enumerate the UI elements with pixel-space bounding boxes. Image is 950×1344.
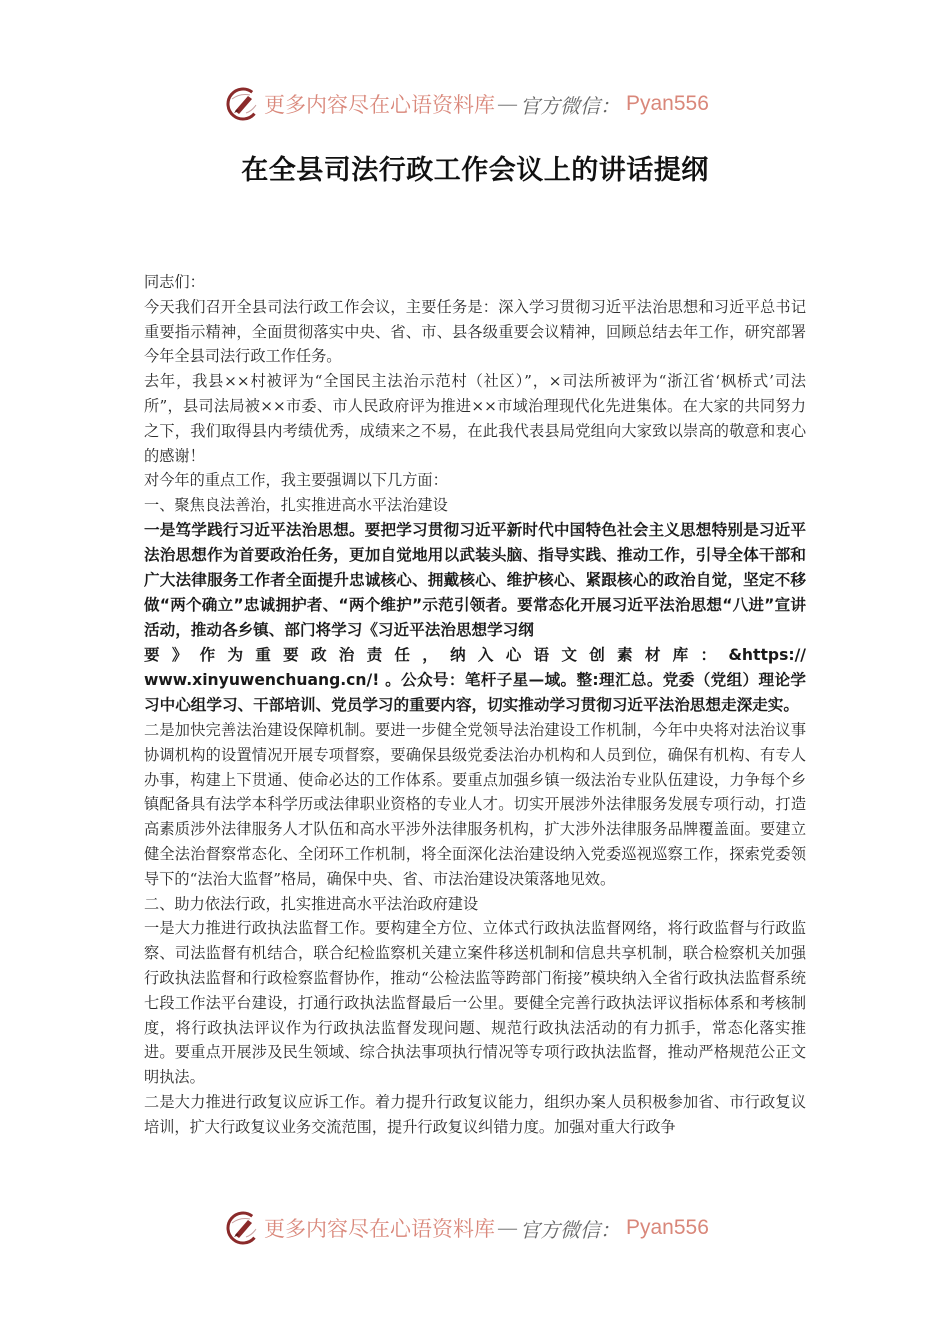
quill-pen-logo-icon [226,1211,260,1245]
wechat-id: Pyan556 [626,1216,709,1240]
paragraph-administrative-review: 二是大力推进行政复议应诉工作。着力提升行政复议能力，组织办案人员积极参加省、市行… [144,1090,806,1140]
section-heading-1: 一、聚焦良法善治，扎实推进高水平法治建设 [144,493,806,518]
salutation: 同志们： [144,270,806,295]
wechat-id: Pyan556 [626,92,709,116]
paragraph-focus-intro: 对今年的重点工作，我主要强调以下几方面： [144,468,806,493]
paragraph-bold-2: www.xinyuwenchuang.cn/! 。公众号：笔杆子星—域。整:理汇… [144,668,806,718]
paragraph-bold-1: 一是笃学践行习近平法治思想。要把学习贯彻习近平新时代中国特色社会主义思想特别是习… [144,518,806,643]
wechat-label: 官方微信： [520,90,620,119]
dash-separator: — [497,1216,518,1240]
paragraph-guarantee-mechanism: 二是加快完善法治建设保障机制。要进一步健全党领导法治建设工作机制，今年中央将对法… [144,718,806,892]
document-title: 在全县司法行政工作会议上的讲话提纲 [0,148,950,187]
dash-separator: — [497,92,518,116]
document-body: 同志们： 今天我们召开全县司法行政工作会议，主要任务是：深入学习贯彻习近平法治思… [144,270,806,1140]
footer-watermark-banner: 更多内容尽在心语资料库 — 官方微信： Pyan556 [226,1208,709,1248]
promo-text: 更多内容尽在心语资料库 [264,1213,495,1243]
paragraph-enforcement-supervision: 一是大力推进行政执法监督工作。要构建全方位、立体式行政执法监督网络，将行政监督与… [144,916,806,1090]
paragraph-achievements: 去年，我县××村被评为“全国民主法治示范村（社区）”，×司法所被评为“浙江省‘枫… [144,369,806,468]
quill-pen-logo-icon [226,87,260,121]
header-watermark-banner: 更多内容尽在心语资料库 — 官方微信： Pyan556 [226,84,709,124]
paragraph-bold-spread-line: 要 》 作 为 重 要 政 治 责 任 ， 纳 入 心 语 文 创 素 材 库 … [144,643,806,668]
promo-text: 更多内容尽在心语资料库 [264,89,495,119]
section-heading-2: 二、助力依法行政，扎实推进高水平法治政府建设 [144,892,806,917]
paragraph-intro: 今天我们召开全县司法行政工作会议，主要任务是：深入学习贯彻习近平法治思想和习近平… [144,295,806,369]
wechat-label: 官方微信： [520,1214,620,1243]
